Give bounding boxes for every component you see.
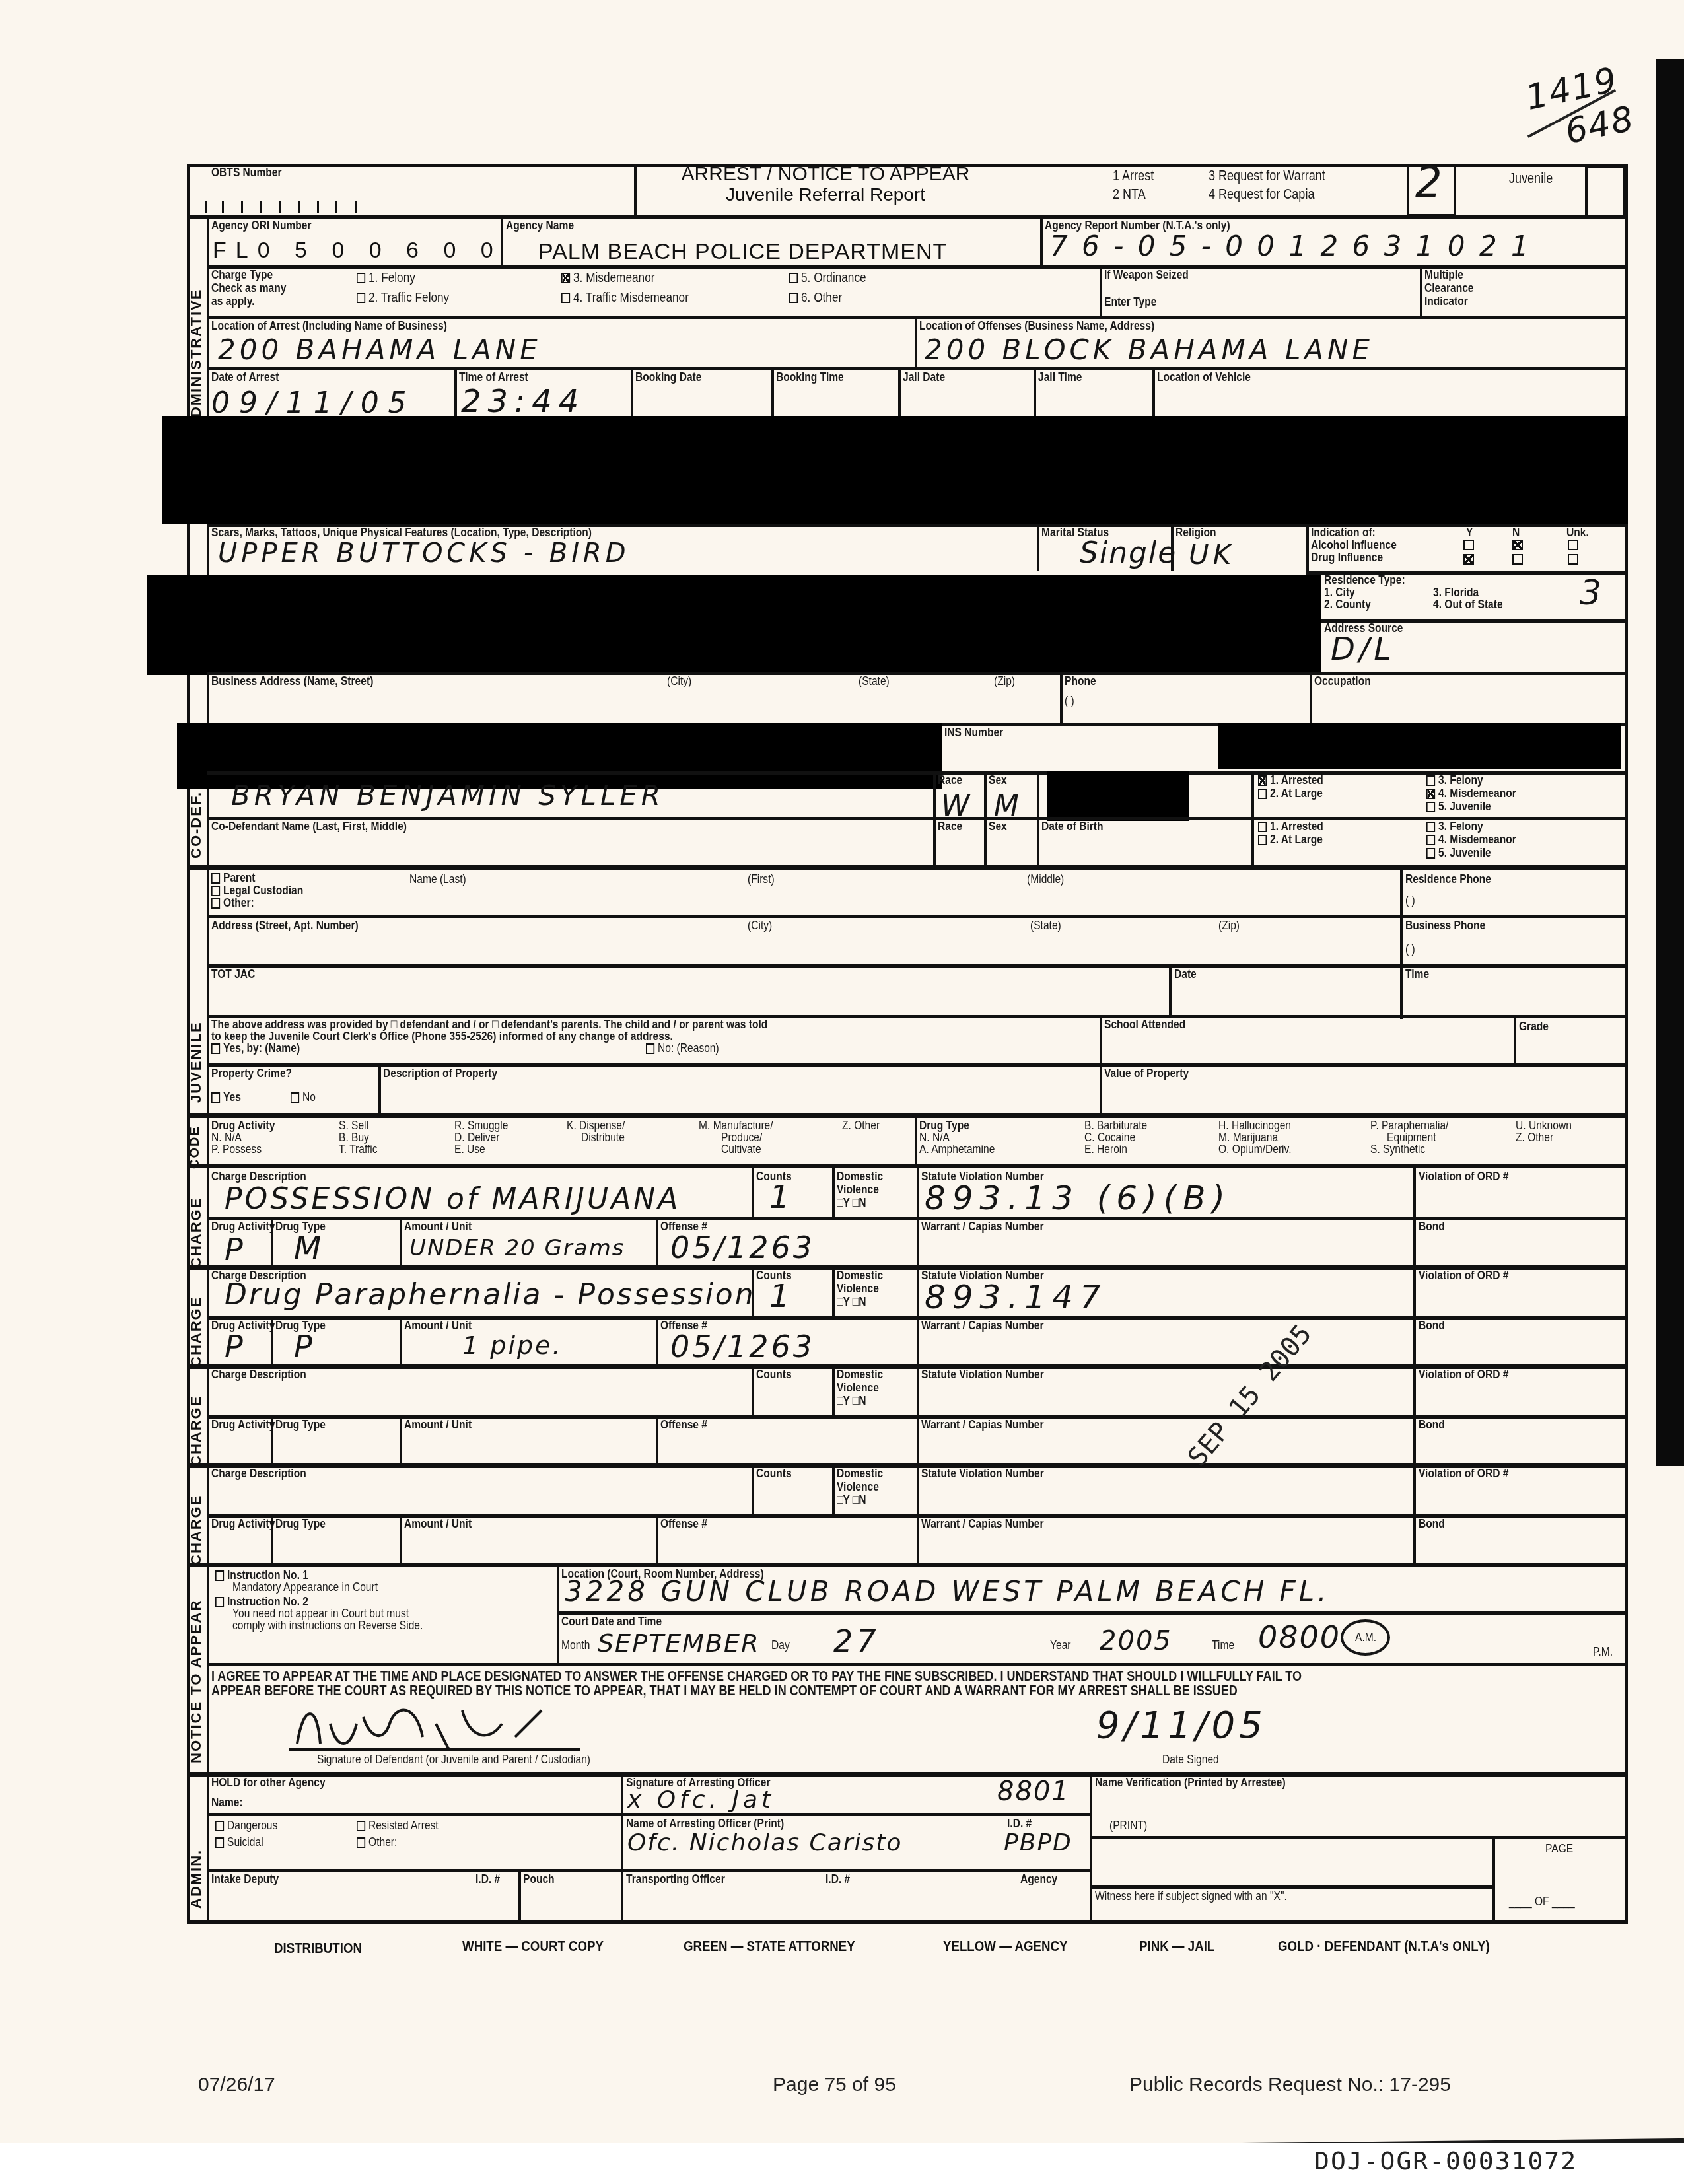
transporting-officer-label: Transporting Officer bbox=[626, 1873, 725, 1886]
print-label: (PRINT) bbox=[1109, 1819, 1147, 1833]
ins-number-label: INS Number bbox=[944, 726, 1003, 740]
row-divider bbox=[207, 265, 1628, 269]
type-option-2: 2 NTA bbox=[1113, 186, 1146, 201]
alcohol-n-checkbox[interactable] bbox=[1512, 539, 1527, 551]
form-title: ARREST / NOTICE TO APPEAR bbox=[667, 164, 984, 185]
ord-label: Violation of ORD # bbox=[1419, 1368, 1508, 1382]
charge-type-traffic-misdemeanor[interactable]: 4. Traffic Misdemeanor bbox=[561, 291, 689, 305]
section-administrative: ADMINISTRATIVE bbox=[188, 218, 205, 429]
code-item: E. Heroin bbox=[1084, 1143, 1127, 1156]
y-label: Y bbox=[1466, 526, 1473, 540]
codef1-juvenile[interactable]: 5. Juvenile bbox=[1426, 800, 1491, 814]
divider bbox=[634, 164, 637, 218]
divider bbox=[915, 316, 917, 369]
codef-race-label: Race bbox=[938, 774, 962, 787]
obts-label: OBTS Number bbox=[211, 166, 281, 180]
type-option-1: 1 Arrest bbox=[1113, 168, 1154, 183]
charge-type-misdemeanor[interactable]: 3. Misdemeanor bbox=[561, 271, 655, 285]
codef2-dob-label: Date of Birth bbox=[1041, 820, 1103, 833]
drug-activity-value[interactable]: P bbox=[225, 1329, 247, 1364]
multiple-clearance-label: Multiple Clearance Indicator bbox=[1424, 269, 1484, 308]
scan-edge-shadow bbox=[1656, 59, 1684, 1466]
redaction-block bbox=[162, 416, 1628, 524]
codef-sex-label: Sex bbox=[989, 774, 1007, 787]
statute-value[interactable]: 893.13 (6)(B) bbox=[925, 1179, 1232, 1217]
residence-option-county: 2. County bbox=[1324, 598, 1371, 612]
statute-value[interactable]: 893.147 bbox=[925, 1278, 1107, 1316]
page-label: PAGE bbox=[1545, 1843, 1573, 1856]
name-verification-label: Name Verification (Printed by Arrestee) bbox=[1095, 1777, 1286, 1790]
residence-option-out-of-state: 4. Out of State bbox=[1433, 598, 1503, 612]
counts-value[interactable]: 1 bbox=[769, 1278, 794, 1315]
codefendant-name-value[interactable]: BRYAN BENJAMIN SYLLER bbox=[231, 779, 664, 812]
codef1-misdemeanor[interactable]: 4. Misdemeanor bbox=[1426, 787, 1516, 800]
business-state-label: (State) bbox=[859, 675, 890, 688]
date-arrest-value[interactable]: 09/11/05 bbox=[211, 386, 416, 420]
guardian-parent[interactable]: Parent bbox=[211, 872, 256, 885]
charge-description-label: Charge Description bbox=[211, 1368, 306, 1382]
time-label: Time bbox=[1212, 1639, 1234, 1652]
section-charge-4: CHARGE bbox=[188, 1466, 205, 1565]
amount-value[interactable]: UNDER 20 Grams bbox=[409, 1235, 625, 1261]
juvenile-label: Juvenile bbox=[1509, 170, 1553, 186]
row-divider bbox=[187, 215, 1628, 219]
amount-label: Amount / Unit bbox=[404, 1419, 472, 1432]
property-crime-yes[interactable]: Yes bbox=[211, 1091, 241, 1104]
month-label: Month bbox=[561, 1639, 590, 1652]
section-admin: ADMIN. bbox=[188, 1777, 205, 1909]
charge-type-traffic-felony[interactable]: 2. Traffic Felony bbox=[357, 291, 449, 305]
amount-label: Amount / Unit bbox=[404, 1518, 472, 1531]
juv-yes-option[interactable]: Yes, by: (Name) bbox=[211, 1042, 300, 1055]
code-item: Z. Other bbox=[1516, 1131, 1553, 1145]
codef1-at-large[interactable]: 2. At Large bbox=[1258, 787, 1323, 800]
business-zip-label: (Zip) bbox=[994, 675, 1015, 688]
section-code: CODE bbox=[188, 1116, 203, 1169]
intake-id-label: I.D. # bbox=[475, 1873, 500, 1886]
ord-label: Violation of ORD # bbox=[1419, 1467, 1508, 1481]
counts-value[interactable]: 1 bbox=[769, 1179, 794, 1216]
drug-type-value[interactable]: P bbox=[294, 1329, 316, 1364]
transport-id-label: I.D. # bbox=[825, 1873, 850, 1886]
offense-label: Offense # bbox=[660, 1518, 707, 1531]
drug-unk-checkbox[interactable] bbox=[1568, 553, 1582, 565]
juv-first-label: (First) bbox=[748, 873, 775, 886]
report-number-value[interactable]: 7 6 - 0 5 - 0 0 1 2 6 3 1 0 2 1 bbox=[1050, 230, 1531, 262]
redaction-block bbox=[1047, 771, 1189, 821]
codef-name-label: Co-Defendant Name (Last, First, Middle) bbox=[211, 820, 407, 833]
codef2-at-large[interactable]: 2. At Large bbox=[1258, 833, 1323, 847]
weapon-seized-label: If Weapon Seized bbox=[1104, 269, 1189, 282]
defendant-signature-label: Signature of Defendant (or Juvenile and … bbox=[317, 1753, 590, 1767]
juv-zip-label: (Zip) bbox=[1218, 919, 1240, 933]
ord-label: Violation of ORD # bbox=[1419, 1170, 1508, 1183]
court-date-label: Court Date and Time bbox=[561, 1615, 662, 1629]
am-label[interactable]: A.M. bbox=[1355, 1631, 1376, 1644]
charge-description-label: Charge Description bbox=[211, 1467, 306, 1481]
drug-n-checkbox[interactable] bbox=[1512, 553, 1527, 565]
time-arrest-value[interactable]: 23:44 bbox=[461, 383, 585, 420]
type-value: 2 bbox=[1415, 159, 1446, 207]
date-arrest-label: Date of Arrest bbox=[211, 371, 279, 384]
drug-influence-label: Drug Influence bbox=[1311, 551, 1383, 565]
code-item: T. Traffic bbox=[339, 1143, 378, 1156]
footer-date: 07/26/17 bbox=[198, 2074, 275, 2096]
intake-deputy-label: Intake Deputy bbox=[211, 1873, 279, 1886]
drug-y-checkbox[interactable] bbox=[1463, 553, 1478, 565]
phone-parens[interactable]: ( ) bbox=[1065, 695, 1074, 708]
juv-city-label: (City) bbox=[748, 919, 772, 933]
dv-label: Domestic Violence bbox=[837, 1368, 883, 1395]
location-arrest-label: Location of Arrest (Including Name of Bu… bbox=[211, 320, 447, 333]
counts-label: Counts bbox=[756, 1467, 792, 1481]
distribution-white: WHITE — COURT COPY bbox=[462, 1938, 604, 1955]
code-item: A. Amphetamine bbox=[919, 1143, 995, 1156]
codef2-race-label: Race bbox=[938, 820, 962, 833]
code-item: E. Use bbox=[454, 1143, 485, 1156]
juv-residence-phone-value[interactable]: ( ) bbox=[1405, 894, 1415, 907]
dv-label: Domestic Violence bbox=[837, 1269, 883, 1296]
ori-value[interactable]: FL0 5 0 0 6 0 0 bbox=[213, 238, 503, 264]
jail-date-label: Jail Date bbox=[903, 371, 945, 384]
ord-label: Violation of ORD # bbox=[1419, 1269, 1508, 1283]
codef1-arrested[interactable]: 1. Arrested bbox=[1258, 774, 1323, 787]
charge-description-label: Charge Description bbox=[211, 1170, 306, 1183]
distribution-label: DISTRIBUTION bbox=[274, 1940, 362, 1957]
hold-name-label: Name: bbox=[211, 1796, 243, 1810]
codef1-felony[interactable]: 3. Felony bbox=[1426, 774, 1483, 787]
ori-label: Agency ORI Number bbox=[211, 219, 312, 232]
section-juvenile: JUVENILE bbox=[188, 865, 205, 1103]
year-label: Year bbox=[1050, 1639, 1070, 1652]
amount-label: Amount / Unit bbox=[404, 1220, 472, 1234]
distribution-yellow: YELLOW — AGENCY bbox=[943, 1938, 1067, 1955]
distribution-green: GREEN — STATE ATTORNEY bbox=[684, 1938, 855, 1955]
drug-activity-label: Drug Activity bbox=[211, 1419, 275, 1432]
bond-label: Bond bbox=[1419, 1320, 1445, 1333]
business-city-label: (City) bbox=[667, 675, 691, 688]
officer-name-label: Name of Arresting Officer (Print) bbox=[626, 1817, 784, 1831]
distribution-gold: GOLD · DEFENDANT (N.T.A's ONLY) bbox=[1278, 1938, 1490, 1955]
scars-label: Scars, Marks, Tattoos, Unique Physical F… bbox=[211, 526, 592, 540]
suicidal-checkbox[interactable]: Suicidal bbox=[215, 1836, 263, 1849]
charge-type-other[interactable]: 6. Other bbox=[789, 291, 842, 305]
pm-label[interactable]: P.M. bbox=[1593, 1646, 1613, 1659]
bond-label: Bond bbox=[1419, 1419, 1445, 1432]
warrant-label: Warrant / Capias Number bbox=[921, 1419, 1044, 1432]
codef2-arrested[interactable]: 1. Arrested bbox=[1258, 820, 1323, 833]
grade-label: Grade bbox=[1519, 1020, 1549, 1034]
code-item: Distribute bbox=[581, 1131, 625, 1145]
footer-request: Public Records Request No.: 17-295 bbox=[1129, 2074, 1451, 2096]
school-attended-label: School Attended bbox=[1104, 1018, 1185, 1032]
distribution-pink: PINK — JAIL bbox=[1139, 1938, 1214, 1955]
bond-label: Bond bbox=[1419, 1518, 1445, 1531]
juv-residence-phone-label: Residence Phone bbox=[1405, 873, 1491, 886]
counts-label: Counts bbox=[756, 1368, 792, 1382]
section-notice: NOTICE TO APPEAR bbox=[188, 1565, 205, 1763]
juv-business-phone-label: Business Phone bbox=[1405, 919, 1485, 933]
residence-type-label: Residence Type: bbox=[1324, 574, 1405, 587]
dv-yn[interactable]: □Y □N bbox=[837, 1197, 866, 1210]
occupation-label: Occupation bbox=[1314, 675, 1371, 688]
code-item: O. Opium/Deriv. bbox=[1218, 1143, 1292, 1156]
alcohol-y-checkbox[interactable] bbox=[1463, 539, 1478, 551]
signature-officer-value[interactable]: x Ofc. Jat bbox=[627, 1786, 775, 1814]
codef2-felony[interactable]: 3. Felony bbox=[1426, 820, 1483, 833]
juv-state-label: (State) bbox=[1030, 919, 1061, 933]
juv-middle-label: (Middle) bbox=[1027, 873, 1064, 886]
pouch-label: Pouch bbox=[523, 1873, 555, 1886]
form-subtitle: Juvenile Referral Report bbox=[667, 185, 984, 204]
officer-name-value[interactable]: Ofc. Nicholas Caristo bbox=[627, 1829, 902, 1856]
instruction-2-text-2: comply with instructions on Reverse Side… bbox=[232, 1619, 423, 1633]
divider bbox=[1040, 215, 1043, 268]
drug-type-label: Drug Type bbox=[275, 1419, 326, 1432]
charge-description-value[interactable]: POSSESSION of MARIJUANA bbox=[225, 1182, 680, 1216]
religion-label: Religion bbox=[1175, 526, 1216, 540]
codef2-juvenile[interactable]: 5. Juvenile bbox=[1426, 847, 1491, 860]
dv-label: Domestic Violence bbox=[837, 1170, 883, 1197]
location-offense-label: Location of Offenses (Business Name, Add… bbox=[919, 320, 1154, 333]
dv-yn[interactable]: □Y □N bbox=[837, 1494, 866, 1507]
property-description-label: Description of Property bbox=[383, 1067, 497, 1080]
business-address-label: Business Address (Name, Street) bbox=[211, 675, 373, 688]
year-value[interactable]: 2005 bbox=[1100, 1626, 1172, 1656]
booking-date-label: Booking Date bbox=[635, 371, 701, 384]
juv-no-option[interactable]: No: (Reason) bbox=[646, 1042, 719, 1055]
drug-activity-value[interactable]: P bbox=[225, 1232, 247, 1267]
codef2-sex-label: Sex bbox=[989, 820, 1007, 833]
amount-label: Amount / Unit bbox=[404, 1320, 472, 1333]
section-charge-1: CHARGE bbox=[188, 1169, 205, 1268]
codef2-misdemeanor[interactable]: 4. Misdemeanor bbox=[1426, 833, 1516, 847]
offense-value[interactable]: 05/1263 bbox=[670, 1230, 815, 1265]
redaction-block bbox=[147, 575, 1321, 675]
warrant-label: Warrant / Capias Number bbox=[921, 1320, 1044, 1333]
statute-label: Statute Violation Number bbox=[921, 1467, 1044, 1481]
resisted-arrest-checkbox[interactable]: Resisted Arrest bbox=[357, 1819, 439, 1833]
totjac-label: TOT JAC bbox=[211, 968, 255, 981]
other-checkbox[interactable]: Other: bbox=[357, 1836, 397, 1849]
juv-address-label: Address (Street, Apt. Number) bbox=[211, 919, 359, 933]
instruction-1-text: Mandatory Appearance in Court bbox=[232, 1581, 378, 1594]
juv-date-label: Date bbox=[1174, 968, 1197, 981]
offense-value[interactable]: 05/1263 bbox=[670, 1329, 815, 1364]
dv-yn[interactable]: □Y □N bbox=[837, 1296, 866, 1309]
scars-value[interactable]: UPPER BUTTOCKS - BIRD bbox=[218, 538, 630, 569]
phone-label: Phone bbox=[1065, 675, 1096, 688]
scanned-page: 1419 648 ARREST / NOTICE TO APPEAR Juven… bbox=[0, 0, 1684, 2184]
amount-value[interactable]: 1 pipe. bbox=[462, 1331, 563, 1360]
officer-id-value[interactable]: 8801 bbox=[997, 1777, 1070, 1807]
time-value[interactable]: 0800 bbox=[1258, 1619, 1341, 1655]
residence-type-value[interactable]: 3 bbox=[1580, 573, 1605, 613]
agency-label: Agency bbox=[1020, 1873, 1057, 1886]
property-crime-no[interactable]: No bbox=[291, 1091, 316, 1104]
charge-type-felony[interactable]: 1. Felony bbox=[357, 271, 415, 285]
hold-label: HOLD for other Agency bbox=[211, 1777, 326, 1790]
location-vehicle-label: Location of Vehicle bbox=[1157, 371, 1251, 384]
property-value-label: Value of Property bbox=[1104, 1067, 1189, 1080]
alcohol-unk-checkbox[interactable] bbox=[1568, 539, 1582, 551]
month-value[interactable]: SEPTEMBER bbox=[598, 1629, 760, 1658]
agreement-line-1: I AGREE TO APPEAR AT THE TIME AND PLACE … bbox=[211, 1668, 1302, 1683]
code-item: Cultivate bbox=[721, 1143, 761, 1156]
juv-time-label: Time bbox=[1405, 968, 1429, 981]
property-crime-label: Property Crime? bbox=[211, 1067, 292, 1080]
religion-value[interactable]: UK bbox=[1189, 538, 1235, 571]
bates-number: DOJ-OGR-00031072 bbox=[1314, 2146, 1577, 2175]
marital-value[interactable]: Single bbox=[1080, 536, 1177, 570]
juv-name-last-label: Name (Last) bbox=[409, 873, 466, 886]
day-label: Day bbox=[771, 1639, 790, 1652]
footer-page: Page 75 of 95 bbox=[773, 2074, 896, 2096]
code-item: S. Synthetic bbox=[1370, 1143, 1425, 1156]
time-arrest-label: Time of Arrest bbox=[459, 371, 528, 384]
guardian-other[interactable]: Other: bbox=[211, 897, 254, 910]
code-item: P. Possess bbox=[211, 1143, 262, 1156]
booking-time-label: Booking Time bbox=[776, 371, 844, 384]
officer-id-label: I.D. # bbox=[1007, 1817, 1032, 1831]
divider bbox=[1420, 265, 1422, 317]
date-signed-label: Date Signed bbox=[1162, 1753, 1219, 1767]
divider bbox=[501, 215, 503, 268]
n-label: N bbox=[1512, 526, 1520, 540]
divider bbox=[1100, 265, 1102, 317]
bond-label: Bond bbox=[1419, 1220, 1445, 1234]
charge-description-value[interactable]: Drug Paraphernalia - Possession bbox=[225, 1278, 755, 1312]
court-location-value[interactable]: 3228 GUN CLUB ROAD WEST PALM BEACH FL. bbox=[565, 1575, 1330, 1607]
charge-type-label: Charge Type Check as many as apply. bbox=[211, 269, 298, 308]
guardian-legal-custodian[interactable]: Legal Custodian bbox=[211, 884, 303, 898]
agreement-line-2: APPEAR BEFORE THE COURT AS REQUIRED BY T… bbox=[211, 1683, 1238, 1698]
day-value[interactable]: 27 bbox=[833, 1623, 880, 1659]
address-source-value[interactable]: D/L bbox=[1331, 631, 1395, 668]
drug-activity-label: Drug Activity bbox=[211, 1518, 275, 1531]
indication-label: Indication of: bbox=[1311, 526, 1376, 540]
signature-line bbox=[289, 1748, 580, 1751]
jail-time-label: Jail Time bbox=[1038, 371, 1082, 384]
section-charge-3: CHARGE bbox=[188, 1367, 205, 1466]
enter-type-label: Enter Type bbox=[1104, 296, 1156, 309]
unk-label: Unk. bbox=[1566, 526, 1589, 540]
juv-business-phone-value[interactable]: ( ) bbox=[1405, 943, 1415, 956]
offense-label: Offense # bbox=[660, 1419, 707, 1432]
agency-name-value[interactable]: PALM BEACH POLICE DEPARTMENT bbox=[538, 239, 947, 265]
dv-yn[interactable]: □Y □N bbox=[837, 1395, 866, 1408]
code-item: Z. Other bbox=[842, 1119, 880, 1133]
charge-type-ordinance[interactable]: 5. Ordinance bbox=[789, 271, 866, 285]
juvenile-checkbox[interactable] bbox=[1585, 165, 1626, 218]
witness-label: Witness here if subject signed with an "… bbox=[1095, 1890, 1287, 1903]
warrant-label: Warrant / Capias Number bbox=[921, 1220, 1044, 1234]
drug-type-value[interactable]: M bbox=[294, 1230, 325, 1267]
agency-name-label: Agency Name bbox=[506, 219, 574, 232]
page-of[interactable]: ____ OF ____ bbox=[1509, 1895, 1575, 1909]
warrant-label: Warrant / Capias Number bbox=[921, 1518, 1044, 1531]
alcohol-label: Alcohol Influence bbox=[1311, 539, 1397, 552]
drug-type-label: Drug Type bbox=[275, 1518, 326, 1531]
dangerous-checkbox[interactable]: Dangerous bbox=[215, 1819, 277, 1833]
dv-label: Domestic Violence bbox=[837, 1467, 883, 1494]
type-option-4: 4 Request for Capia bbox=[1209, 186, 1314, 201]
type-option-3: 3 Request for Warrant bbox=[1209, 168, 1325, 183]
section-charge-2: CHARGE bbox=[188, 1268, 205, 1367]
location-arrest-value[interactable]: 200 BAHAMA LANE bbox=[218, 334, 542, 366]
redaction-block bbox=[1218, 723, 1621, 769]
location-offense-value[interactable]: 200 BLOCK BAHAMA LANE bbox=[925, 334, 1374, 366]
statute-label: Statute Violation Number bbox=[921, 1368, 1044, 1382]
date-signed-value[interactable]: 9/11/05 bbox=[1096, 1704, 1267, 1747]
agency-value[interactable]: PBPD bbox=[1004, 1829, 1072, 1856]
